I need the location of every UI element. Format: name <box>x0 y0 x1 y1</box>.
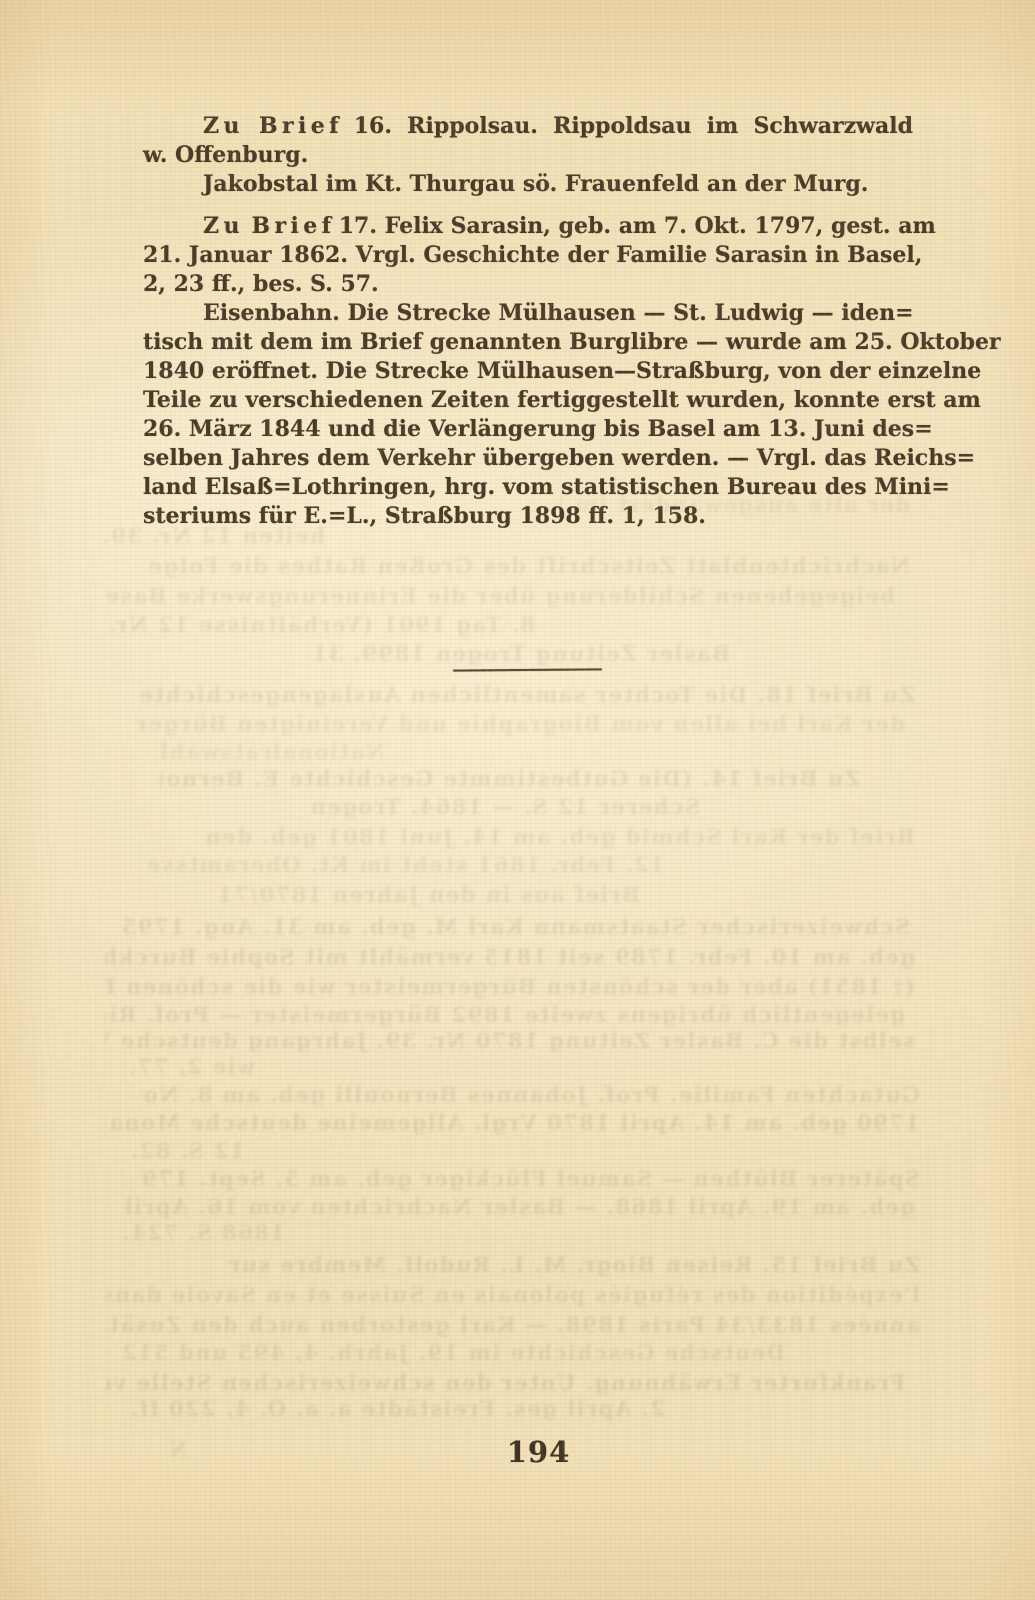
bleedthrough-line: Nachrichtenblatt Zeitschrift des Großen … <box>140 553 910 579</box>
bleedthrough-line: der Karl bei allen vom Biographie und Ve… <box>105 711 905 737</box>
text-line: Z u B r i e f 17. Felix Sarasin, geb. am… <box>143 212 913 241</box>
bleedthrough-line: 12. Febr. 1861 steht im Kt. Oberamtsse <box>105 852 665 878</box>
bleedthrough-line: Brief der Karl Schmid geb. am 14. Juni 1… <box>140 824 915 850</box>
bleedthrough-line: wie 2, 77. <box>105 1054 255 1080</box>
text-line: selben Jahres dem Verkehr übergeben werd… <box>143 444 913 473</box>
bleedthrough-line: Zu Brief 14. (Die Gutbestimmte Geschicht… <box>160 766 860 792</box>
paragraph-brief-17: Z u B r i e f 17. Felix Sarasin, geb. am… <box>143 212 913 299</box>
bleedthrough-line: Nationalratswahl <box>105 739 385 765</box>
text-line: tisch mit dem im Brief genannten Burglib… <box>143 328 913 357</box>
bleedthrough-line: beigegebenen Schilderung über die Erinne… <box>105 583 895 609</box>
bleedthrough-line: l'expédition des réfugiés polonais en Su… <box>105 1282 920 1308</box>
bleedthrough-line: († 1851) aber der schönsten Bürgermeiste… <box>105 974 915 1000</box>
bleedthrough-line: Brief aus in den Jahren 1870/71 <box>160 882 640 908</box>
bleedthrough-line: 2. April ges. Freistädte a. a. O. 4, 220… <box>105 1396 665 1422</box>
paragraph-jakobstal: Jakobstal im Kt. Thurgau sö. Frauenfeld … <box>143 170 913 199</box>
paragraph-eisenbahn: Eisenbahn. Die Strecke Mülhausen — St. L… <box>143 299 913 531</box>
bleedthrough-line: gelegentlich übrigens zweite 1892 Bürger… <box>105 1002 905 1028</box>
text-line: 1840 eröffnet. Die Strecke Mülhausen—Str… <box>143 357 913 386</box>
bleedthrough-line: 8. Tag 1901 (Verhältnisse 12 Nr. 37). <box>105 612 535 638</box>
bleedthrough-line: années 1833/34 Paris 1898. — Karl gestor… <box>105 1312 920 1338</box>
bleedthrough-line: Zu Brief 15. Reisen Biogr. M. L. Rudolf.… <box>140 1252 920 1278</box>
bleedthrough-line: Scherer 12 S. — 1864. Trogen <box>220 794 700 820</box>
text-line: Eisenbahn. Die Strecke Mülhausen — St. L… <box>143 299 913 328</box>
bleedthrough-line: Zu Brief 18. Die Tochter samentlichen Au… <box>140 682 915 708</box>
bleedthrough-line: Frankfurter Erwähnung. Unter den schweiz… <box>105 1370 905 1396</box>
bleedthrough-line: geb. am 10. Febr. 1789 seit 1815 vermähl… <box>105 944 915 970</box>
bleedthrough-line: Deutsche Geschichte im 19. Jahrh. 4, 495… <box>105 1340 785 1366</box>
section-divider-rule <box>453 668 602 671</box>
text-line: 26. März 1844 und die Verlängerung bis B… <box>143 415 913 444</box>
text-line: 2, 23 ff., bes. S. 57. <box>143 270 913 299</box>
bleedthrough-line: selbst die C. Basler Zeitung 1870 Nr. 39… <box>105 1028 915 1054</box>
text-line: land Elsaß=Lothringen, hrg. vom statisti… <box>143 473 913 502</box>
scanned-book-page: Z u B r i e f 16. Rippolsau. Rippoldsau … <box>0 0 1035 1600</box>
bleedthrough-line: Schweizerischer Staatsmann Karl M. geb. … <box>105 914 910 940</box>
text-line: Teile zu verschiedenen Zeiten fertiggest… <box>143 386 913 415</box>
text-line: Z u B r i e f 16. Rippolsau. Rippoldsau … <box>143 112 913 141</box>
bleedthrough-line: 12 S. 82. <box>105 1138 245 1164</box>
bleedthrough-line: Basler Zeitung Trogen 1899. 31 <box>300 641 730 667</box>
page-number: 194 <box>21 1436 1035 1468</box>
main-text-block: Z u B r i e f 16. Rippolsau. Rippoldsau … <box>143 112 913 531</box>
bleedthrough-line: 1868 S. 724. <box>105 1220 285 1246</box>
bleedthrough-line: 1790 geb. am 14. April 1870 Vrgl. Allgem… <box>105 1110 920 1136</box>
text-line: steriums für E.=L., Straßburg 1898 ff. 1… <box>143 502 913 531</box>
paragraph-brief-16: Z u B r i e f 16. Rippolsau. Rippoldsau … <box>143 112 913 170</box>
bleedthrough-line: Gutachten Familie. Prof. Johannes Bernou… <box>140 1082 920 1108</box>
bleedthrough-line: Späterer Blüthen — Samuel Flückiger geb.… <box>140 1166 920 1192</box>
bleedthrough-line: geb. am 19. April 1868. — Basler Nachric… <box>105 1194 915 1220</box>
text-line: 21. Januar 1862. Vrgl. Geschichte der Fa… <box>143 241 913 270</box>
text-line: w. Offenburg. <box>143 141 913 170</box>
text-line: Jakobstal im Kt. Thurgau sö. Frauenfeld … <box>143 170 913 199</box>
